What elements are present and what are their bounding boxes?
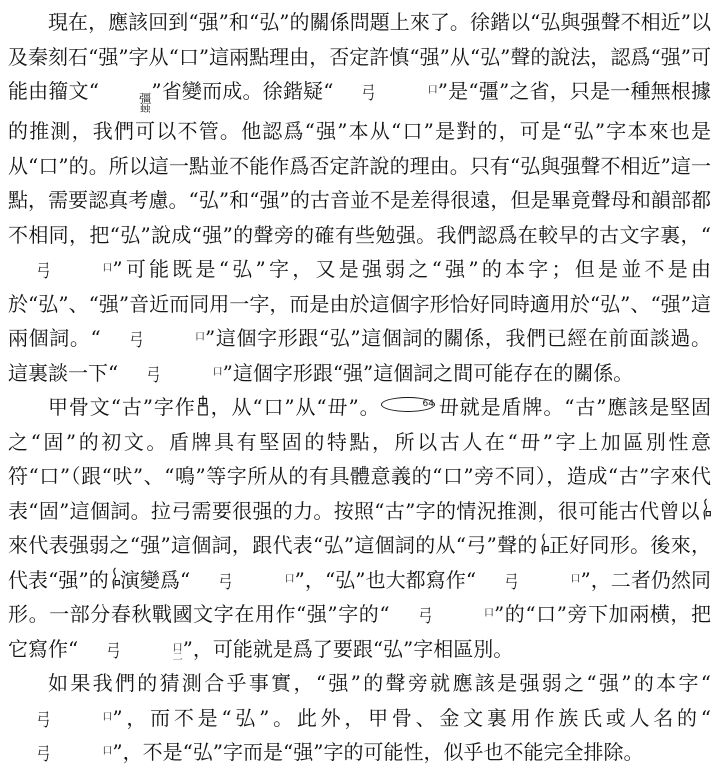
oracle-bone-gu-glyph <box>196 395 210 419</box>
body-text: ，从“口”从“毌”。 <box>210 395 381 419</box>
glyph-right-component: 口 <box>62 747 112 757</box>
glyph-right-component: 口 <box>444 609 494 619</box>
oracle-bone-qiang-glyph <box>700 499 711 523</box>
glyph-left-component: 弓 <box>8 746 50 764</box>
zhouwen-qiang-glyph: 彊䖵 <box>99 93 151 114</box>
glyph-left-component: 弓 <box>476 574 518 592</box>
glyph-left-component: 弓 <box>78 643 120 661</box>
scanned-page: 現在，應該回到“强”和“弘”的關係問題上來了。徐鍇以“弘與强聲不相近”以及秦刻石… <box>0 0 720 768</box>
glyph-bottom-component: 䖵 <box>100 105 150 113</box>
body-text: ”省變而成。徐鍇疑“ <box>151 79 333 103</box>
archaic-qiang-gong-kou-glyph: 弓口 <box>190 574 294 592</box>
glyph-right-component: 口 <box>155 333 205 343</box>
footnote-reference: 64 <box>381 397 434 412</box>
body-text: ”這個字形跟“强”這個詞之間可能存在的關係。 <box>223 361 634 385</box>
body-text: ”，不是“弘”字而是“强”字的可能性，似乎也不能完全排除。 <box>112 740 643 764</box>
glyph-left-component: 弓 <box>118 367 160 385</box>
archaic-qiang-gong-kou-glyph: 弓口 <box>390 608 494 626</box>
glyph-right-component: 口 <box>530 575 580 585</box>
paragraph: 甲骨文“古”字作，从“口”从“毌”。64毌就是盾牌。“古”應該是堅固之“固”的初… <box>8 390 711 666</box>
glyph-right-component: 口 <box>245 575 295 585</box>
oracle-bone-qiang-glyph <box>538 533 549 557</box>
archaic-qiang-gong-kou-glyph: 弓口 <box>476 574 580 592</box>
document-body: 現在，應該回到“强”和“弘”的關係問題上來了。徐鍇以“弘與强聲不相近”以及秦刻石… <box>8 5 711 768</box>
archaic-qiang-gong-kou-glyph: 弓口 <box>118 367 222 385</box>
body-text: 來代表强弱之“强”這個詞，跟代表“弘”這個詞的从“弓”聲的 <box>8 533 538 557</box>
body-text: 演變爲“ <box>120 568 190 592</box>
glyph-left-component: 弓 <box>101 332 143 350</box>
glyph-right-component: 口二 <box>133 644 183 663</box>
archaic-qiang-gong-kou-glyph: 弓口 <box>8 263 112 281</box>
body-text: 甲骨文“古”字作 <box>48 395 196 419</box>
oracle-bone-qiang-glyph <box>109 568 120 592</box>
archaic-qiang-gong-kou-glyph: 弓口 <box>8 712 112 730</box>
body-text: ”，而不是“弘”。此外，甲骨、金文裏用作族氏或人名的“ <box>112 706 711 730</box>
body-text: ”，可能就是爲了要跟“弘”字相區別。 <box>183 637 514 661</box>
archaic-qiang-gong-kou-glyph: 弓口 <box>101 332 205 350</box>
glyph-right-component: 口 <box>62 264 112 274</box>
glyph-right-component: 口 <box>62 713 112 723</box>
archaic-qiang-gong-kou-two-strokes-glyph: 弓口二 <box>78 643 182 663</box>
glyph-left-component: 弓 <box>390 608 432 626</box>
paragraph: 如果我們的猜測合乎事實，“强”的聲旁就應該是强弱之“强”的本字“弓口”，而不是“… <box>8 666 711 768</box>
glyph-right-component: 口 <box>388 86 438 96</box>
glyph-left-component: 弓 <box>8 712 50 730</box>
archaic-qiang-gong-kou-glyph: 弓口 <box>8 746 112 764</box>
glyph-left-component: 弓 <box>333 85 375 103</box>
glyph-right-component: 口 <box>173 368 223 378</box>
body-text: ”，“弘”也大都寫作“ <box>295 568 476 592</box>
glyph-left-component: 弓 <box>190 574 232 592</box>
archaic-qiang-gong-kou-glyph: 弓口 <box>333 85 437 103</box>
glyph-left-component: 弓 <box>8 263 50 281</box>
body-text: 如果我們的猜測合乎事實，“强”的聲旁就應該是强弱之“强”的本字“ <box>48 671 711 695</box>
paragraph: 現在，應該回到“强”和“弘”的關係問題上來了。徐鍇以“弘與强聲不相近”以及秦刻石… <box>8 5 711 390</box>
